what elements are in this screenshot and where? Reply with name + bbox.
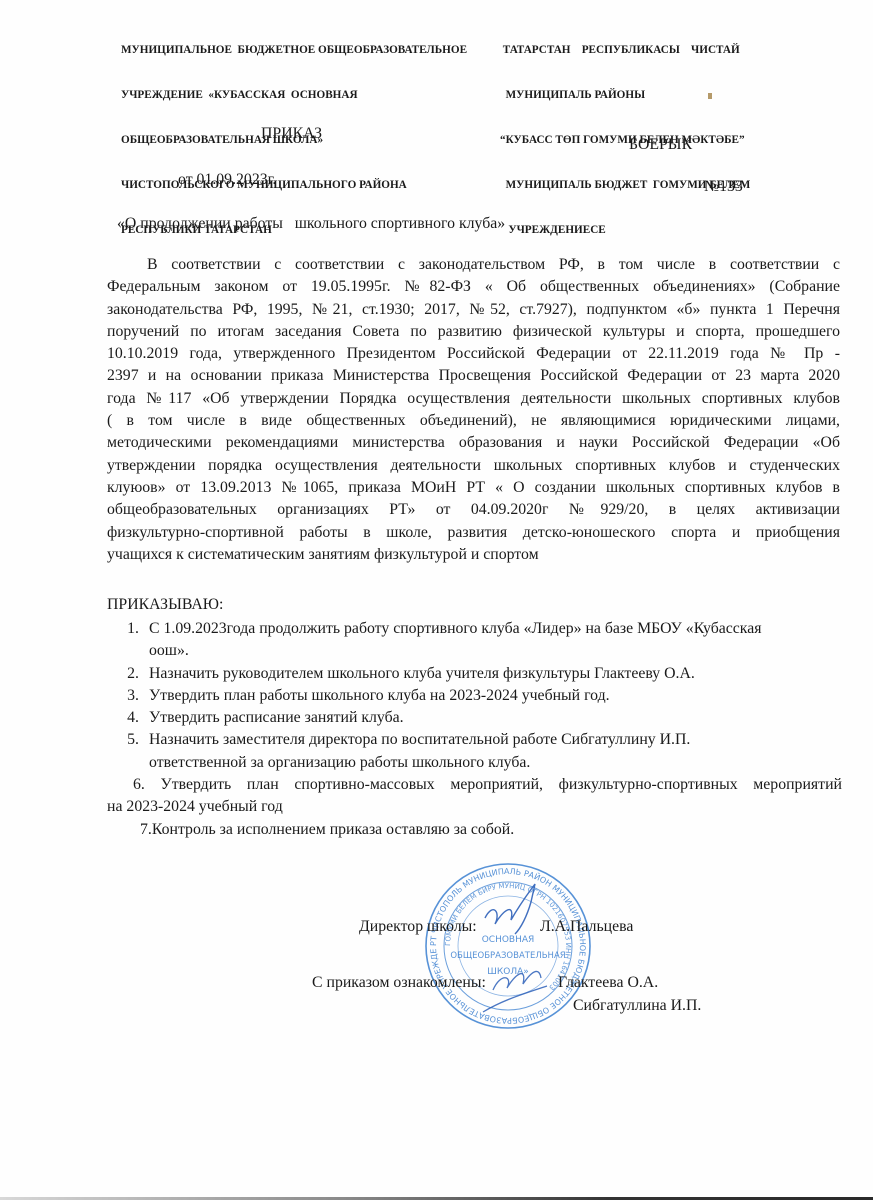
item-number: 2. bbox=[107, 663, 149, 685]
body-line: законодательства РФ, 1995, №21, ст.1930;… bbox=[107, 299, 840, 321]
stamp-center-line: ОБЩЕОБРАЗОВАТЕЛЬНАЯ bbox=[450, 951, 565, 961]
body-line: методическими рекомендациями министерств… bbox=[107, 432, 840, 454]
order-item-7: 7.Контроль за исполнением приказа оставл… bbox=[107, 819, 842, 841]
order-heading: ПРИКАЗЫВАЮ: bbox=[107, 594, 223, 616]
order-item-6: 6. Утвердить план спортивно-массовых мер… bbox=[107, 774, 842, 796]
order-item-2: 2. Назначить руководителем школьного клу… bbox=[107, 663, 842, 685]
item-number: 4. bbox=[107, 707, 149, 729]
body-line: утверждении порядка осуществления деятел… bbox=[107, 455, 840, 477]
item-continuation: оош». bbox=[107, 640, 842, 662]
header-line: ТАТАРСТАН РЕСПУБЛИКАСЫ ЧИСТАЙ bbox=[500, 43, 750, 58]
header-line: УЧРЕЖДЕНИЕСЕ bbox=[500, 223, 750, 238]
acquainted-label: С приказом ознакомлены: bbox=[312, 972, 486, 994]
item-text: Назначить заместителя директора по воспи… bbox=[149, 729, 842, 751]
item-number: 1. bbox=[107, 618, 149, 640]
doc-title-tt: БОЕРЫК bbox=[629, 134, 692, 156]
item-number: 5. bbox=[107, 729, 149, 751]
body-line: физкультурно-спортивной работы в школе, … bbox=[107, 522, 840, 544]
body-line: В соответствии с соответствии с законода… bbox=[107, 254, 840, 276]
director-label: Директор школы: bbox=[359, 916, 477, 938]
body-line: клуюов» от 13.09.2013 №1065, приказа МОи… bbox=[107, 477, 840, 499]
order-items-list: 1. С 1.09.2023года продолжить работу спо… bbox=[107, 618, 842, 841]
header-institution-tt: ТАТАРСТАН РЕСПУБЛИКАСЫ ЧИСТАЙ МУНИЦИПАЛЬ… bbox=[500, 13, 750, 253]
body-line: года №117 «Об утверждении Порядка осущес… bbox=[107, 388, 840, 410]
stamp-center-line: ОСНОВНАЯ bbox=[482, 935, 535, 945]
item-continuation: ответственной за организацию работы школ… bbox=[107, 752, 842, 774]
body-line: Федеральным законом от 19.05.1995г. №82-… bbox=[107, 276, 840, 298]
acquaintance-signature-icon bbox=[483, 971, 547, 1012]
item-text: Утвердить план работы школьного клуба на… bbox=[149, 685, 842, 707]
body-line: ( в том числе в виде общественных объеди… bbox=[107, 410, 840, 432]
body-line: общеобразовательных организациях РТ» от … bbox=[107, 499, 840, 521]
preamble-paragraph: В соответствии с соответствии с законода… bbox=[107, 254, 840, 566]
header-line: ЧИСТОПОЛЬСКОГО МУНИЦИПАЛЬНОГО РАЙОНА bbox=[121, 178, 467, 193]
body-line: учащихся к систематическим занятиям физк… bbox=[107, 544, 840, 566]
body-line: 10.10.2019 года, утвержденного Президент… bbox=[107, 343, 840, 365]
director-name: Л.А.Пальцева bbox=[540, 916, 633, 938]
doc-date: от 01.09.2023г. bbox=[178, 169, 276, 191]
header-line: МУНИЦИПАЛЬНОЕ БЮДЖЕТНОЕ ОБЩЕОБРАЗОВАТЕЛЬ… bbox=[121, 43, 467, 58]
order-item-4: 4. Утвердить расписание занятий клуба. bbox=[107, 707, 842, 729]
item-text: Назначить руководителем школьного клуба … bbox=[149, 663, 842, 685]
acquainted-name-2: Сибгатуллина И.П. bbox=[573, 995, 701, 1017]
header-line: “КУБАСС ТӨП ГОМУМИ БЕЛЕН МӘКТӘБЕ” bbox=[500, 133, 750, 148]
body-line: 2397 и на основании приказа Министерства… bbox=[107, 365, 840, 387]
order-item-1: 1. С 1.09.2023года продолжить работу спо… bbox=[107, 618, 842, 640]
header-line: МУНИЦИПАЛЬ РАЙОНЫ bbox=[500, 88, 750, 103]
doc-subject: «О продолжении работы школьного спортивн… bbox=[117, 213, 505, 235]
body-line: поручений по итогам заседания Совета по … bbox=[107, 321, 840, 343]
order-item-3: 3. Утвердить план работы школьного клуба… bbox=[107, 685, 842, 707]
order-item-5: 5. Назначить заместителя директора по во… bbox=[107, 729, 842, 751]
doc-number: №133 bbox=[704, 176, 743, 198]
item-number: 3. bbox=[107, 685, 149, 707]
official-stamp-icon: РТ ЧИСТОПОЛЬ МУНИЦИПАЛЬ РАЙОН МУНИЦИПАЛЬ… bbox=[423, 862, 593, 1030]
item-text: С 1.09.2023года продолжить работу спорти… bbox=[149, 618, 842, 640]
item-text: Утвердить расписание занятий клуба. bbox=[149, 707, 842, 729]
scan-speck bbox=[708, 93, 712, 99]
stamp-center-line: ШКОЛА» bbox=[487, 967, 529, 977]
order-item-6-continuation: на 2023-2024 учебный год bbox=[107, 796, 842, 818]
header-line: УЧРЕЖДЕНИЕ «КУБАССКАЯ ОСНОВНАЯ bbox=[121, 88, 467, 103]
doc-title-ru: ПРИКАЗ bbox=[261, 123, 322, 145]
acquainted-name-1: Глактеева О.А. bbox=[558, 972, 658, 994]
